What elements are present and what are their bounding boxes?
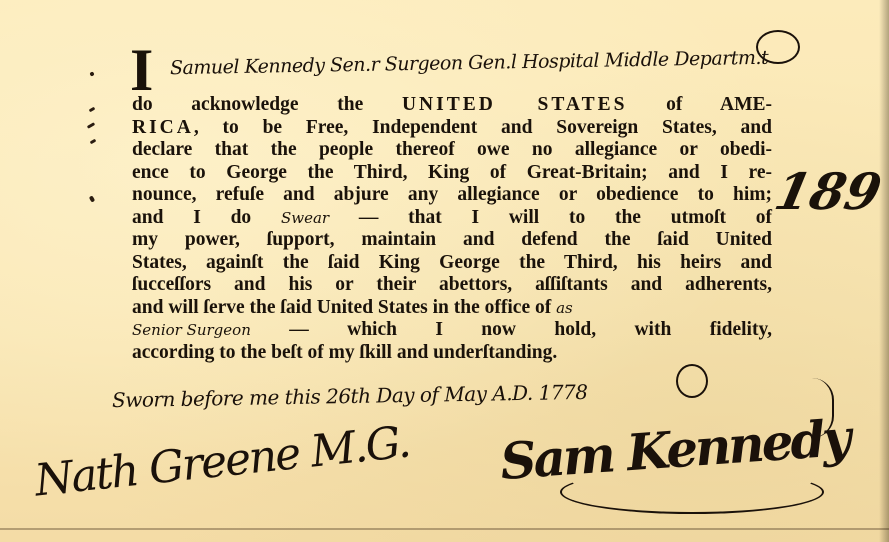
oath-line: declare that the people thereof owe no a… [132, 139, 772, 162]
oath-line: RICA, to be Free, Independent and Sovere… [132, 117, 772, 140]
witness-signature: Nath Greene M.G. [32, 416, 411, 506]
margin-number: 189 [770, 162, 887, 221]
oath-line: ence to George the Third, King of Great-… [132, 162, 772, 185]
oval-ink-mark [756, 30, 800, 64]
oath-line: nounce, refuſe and abjure any allegiance… [132, 184, 772, 207]
oath-line: do acknowledge the UNITED STATES of AME- [132, 94, 772, 117]
signature-flourish [560, 470, 824, 514]
margin-ink-marks [84, 68, 104, 218]
oath-line: and I do Swear — that I will to the utmo… [132, 207, 772, 230]
handwritten-office: Senior Surgeon [132, 319, 251, 342]
oath-document: I Samuel Kennedy Sen.r Surgeon Gen.l Hos… [0, 0, 889, 542]
handwritten-name-title: Samuel Kennedy Sen.r Surgeon Gen.l Hospi… [170, 47, 768, 79]
oval-ink-mark [676, 364, 708, 398]
oath-line: States, againſt the ſaid King George the… [132, 252, 772, 275]
handwritten-swear: Swear [281, 207, 329, 230]
drop-cap: I [130, 44, 153, 96]
sworn-date-line: Sworn before me this 26th Day of May A.D… [112, 380, 588, 412]
oath-line: Senior Surgeon — which I now hold, with … [132, 319, 772, 342]
handwritten-as: as [556, 297, 573, 320]
oath-line: ſucceſſors and his or their abettors, aſ… [132, 274, 772, 297]
oath-printed-text: do acknowledge the UNITED STATES of AME-… [132, 94, 772, 364]
oath-line: my power, ſupport, maintain and defend t… [132, 229, 772, 252]
bottom-edge-rule [0, 528, 889, 530]
oath-line: and will ſerve the ſaid United States in… [132, 297, 772, 320]
oath-line: according to the beſt of my ſkill and un… [132, 342, 772, 365]
